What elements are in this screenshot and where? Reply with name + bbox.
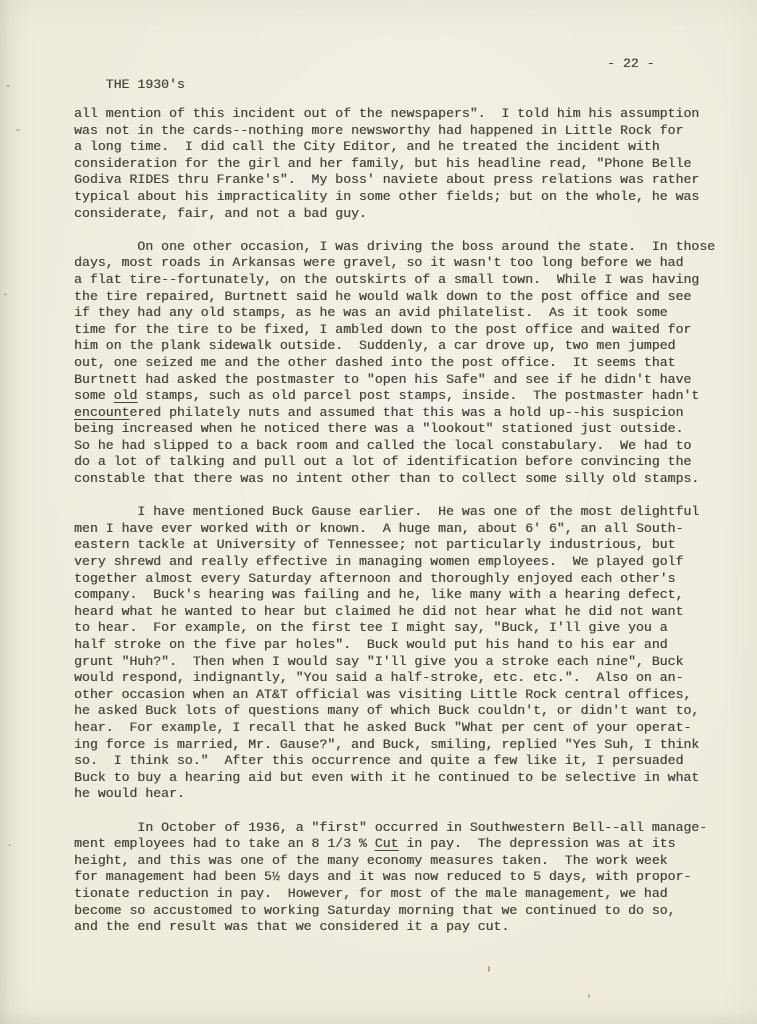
text-line: encountered philately nuts and assumed t… [74, 405, 727, 422]
scan-speck [6, 85, 10, 87]
paragraph: I have mentioned Buck Gause earlier. He … [74, 504, 727, 803]
scan-speck [16, 129, 20, 131]
text-line: consideration for the girl and her famil… [74, 156, 727, 173]
text-line: height, and this was one of the many eco… [74, 853, 727, 870]
text-line: tionate reduction in pay. However, for m… [74, 886, 727, 903]
text-line: company. Buck's hearing was failing and … [74, 587, 727, 604]
text-line: together almost every Saturday afternoon… [74, 571, 727, 588]
text-line: would respond, indignantly, "You said a … [74, 670, 727, 687]
text-line: Godiva RIDES thru Franke's". My boss' na… [74, 172, 727, 189]
text-line: eastern tackle at University of Tennesse… [74, 537, 727, 554]
text-line: so. I think so." After this occurrence a… [74, 753, 727, 770]
text-line: ment employees had to take an 8 1/3 % Cu… [74, 836, 727, 853]
text-line: out, one seized me and the other dashed … [74, 355, 727, 372]
document-page: THE 1930's - 22 - all mention of this in… [0, 0, 757, 1024]
text-line: was not in the cards--nothing more newsw… [74, 123, 727, 140]
text-line: some old stamps, such as old parcel post… [74, 388, 727, 405]
text-line: the tire repaired, Burtnett said he woul… [74, 289, 727, 306]
scan-speck [8, 844, 11, 846]
text-line: grunt "Huh?". Then when I would say "I'l… [74, 654, 727, 671]
text-line: become so accustomed to working Saturday… [74, 903, 727, 920]
page-body: all mention of this incident out of the … [74, 106, 727, 936]
paragraph: In October of 1936, a "first" occurred i… [74, 820, 727, 936]
scan-speck [588, 994, 590, 998]
scan-speck [488, 966, 490, 972]
text-line: all mention of this incident out of the … [74, 106, 727, 123]
text-line: On one other occasion, I was driving the… [74, 239, 727, 256]
text-line: men I have ever worked with or known. A … [74, 521, 727, 538]
text-line: half stroke on the five par holes". Buck… [74, 637, 727, 654]
text-line: considerate, fair, and not a bad guy. [74, 206, 727, 223]
text-line: days, most roads in Arkansas were gravel… [74, 255, 727, 272]
text-line: time for the tire to be fixed, I ambled … [74, 322, 727, 339]
text-line: hear. For example, I recall that he aske… [74, 720, 727, 737]
running-title: THE 1930's [106, 77, 185, 92]
text-line: ing force is married, Mr. Gause?", and B… [74, 737, 727, 754]
text-line: constable that there was no intent other… [74, 471, 727, 488]
text-line: him on the plank sidewalk outside. Sudde… [74, 338, 727, 355]
text-line: Buck to buy a hearing aid but even with … [74, 770, 727, 787]
text-line: being increased when he noticed there wa… [74, 421, 727, 438]
paragraph: On one other occasion, I was driving the… [74, 239, 727, 488]
text-line: heard what he wanted to hear but claimed… [74, 604, 727, 621]
text-line: do a lot of talking and pull out a lot o… [74, 454, 727, 471]
text-line: he would hear. [74, 786, 727, 803]
text-line: In October of 1936, a "first" occurred i… [74, 820, 727, 837]
text-line: So he had slipped to a back room and cal… [74, 438, 727, 455]
text-line: I have mentioned Buck Gause earlier. He … [74, 504, 727, 521]
text-line: a long time. I did call the City Editor,… [74, 139, 727, 156]
scan-speck [4, 293, 7, 296]
text-line: he asked Buck lots of questions many of … [74, 703, 727, 720]
page-number: - 22 - [607, 56, 654, 73]
text-line: if they had any old stamps, as he was an… [74, 305, 727, 322]
text-line: very shrewd and really effective in mana… [74, 554, 727, 571]
text-line: other occasion when an AT&T official was… [74, 687, 727, 704]
text-line: to hear. For example, on the first tee I… [74, 620, 727, 637]
text-line: Burtnett had asked the postmaster to "op… [74, 372, 727, 389]
text-line: and the end result was that we considere… [74, 919, 727, 936]
text-line: for management had been 5½ days and it w… [74, 869, 727, 886]
paragraph: all mention of this incident out of the … [74, 106, 727, 222]
text-line: typical about his impracticality in some… [74, 189, 727, 206]
text-line: a flat tire--fortunately, on the outskir… [74, 272, 727, 289]
